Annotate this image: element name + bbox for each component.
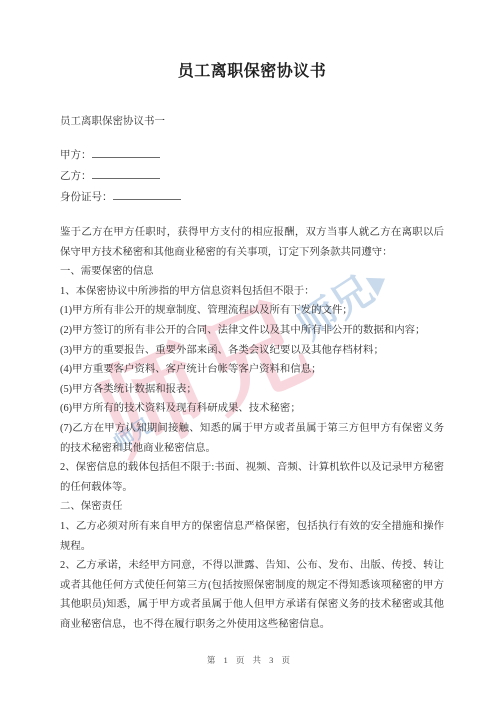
- field-blank-line: [92, 147, 160, 158]
- field-label: 身份证号：: [60, 192, 113, 203]
- paragraph: 鉴于乙方在甲方任职时，获得甲方支付的相应报酬，双方当事人就乙方在离职以后保守甲方…: [60, 223, 444, 262]
- field-label: 乙方：: [60, 171, 92, 182]
- field-blank-line: [92, 168, 160, 179]
- paragraph: (7)乙方在甲方认知期间接触、知悉的属于甲方或者虽属于第三方但甲方有保密义务的技…: [60, 419, 444, 458]
- paragraph: (4)甲方重要客户资料、客户统计台帐等客户资料和信息；: [60, 360, 444, 380]
- paragraph: 2、保密信息的载体包括但不限于:书面、视频、音频、计算机软件以及记录甲方秘密的任…: [60, 458, 444, 497]
- field-row: 甲方：: [60, 145, 444, 166]
- doc-subtitle: 员工离职保密协议书一: [60, 113, 444, 128]
- paragraph: 二、保密责任: [60, 497, 444, 517]
- paragraph: (3)甲方的重要报告、重要外部来函、各类会议纪要以及其他存档材料；: [60, 341, 444, 361]
- field-row: 乙方：: [60, 166, 444, 187]
- paragraph: 2、乙方承诺，未经甲方同意，不得以泄露、告知、公布、发布、出版、传授、转让或者其…: [60, 556, 444, 634]
- paragraph: (6)甲方所有的技术资料及现有科研成果、技术秘密；: [60, 399, 444, 419]
- paragraph: 一、需要保密的信息: [60, 262, 444, 282]
- paragraph: (5)甲方各类统计数据和报表；: [60, 380, 444, 400]
- paragraph: 1、本保密协议中所涉指的甲方信息资料包括但不限于：: [60, 282, 444, 302]
- party-fields: 甲方： 乙方： 身份证号：: [60, 145, 444, 208]
- field-label: 甲方：: [60, 150, 92, 161]
- page-title: 员工离职保密协议书: [60, 58, 444, 81]
- paragraph: (2)甲方签订的所有非公开的合同、法律文件以及其中所有非公开的数据和内容；: [60, 321, 444, 341]
- paragraph: 1、乙方必须对所有来自甲方的保密信息严格保密，包括执行有效的安全措施和操作规程。: [60, 517, 444, 556]
- agreement-body: 鉴于乙方在甲方任职时，获得甲方支付的相应报酬，双方当事人就乙方在离职以后保守甲方…: [60, 223, 444, 634]
- field-blank-line: [113, 189, 181, 200]
- paragraph: (1)甲方所有非公开的规章制度、管理流程以及所有下发的文件；: [60, 301, 444, 321]
- field-row: 身份证号：: [60, 187, 444, 208]
- document-page: 师兄 师兄 师兄 员工离职保密协议书 员工离职保密协议书一 甲方： 乙方： 身份…: [0, 0, 500, 706]
- page-number-footer: 第 1 页 共 3 页: [0, 654, 500, 666]
